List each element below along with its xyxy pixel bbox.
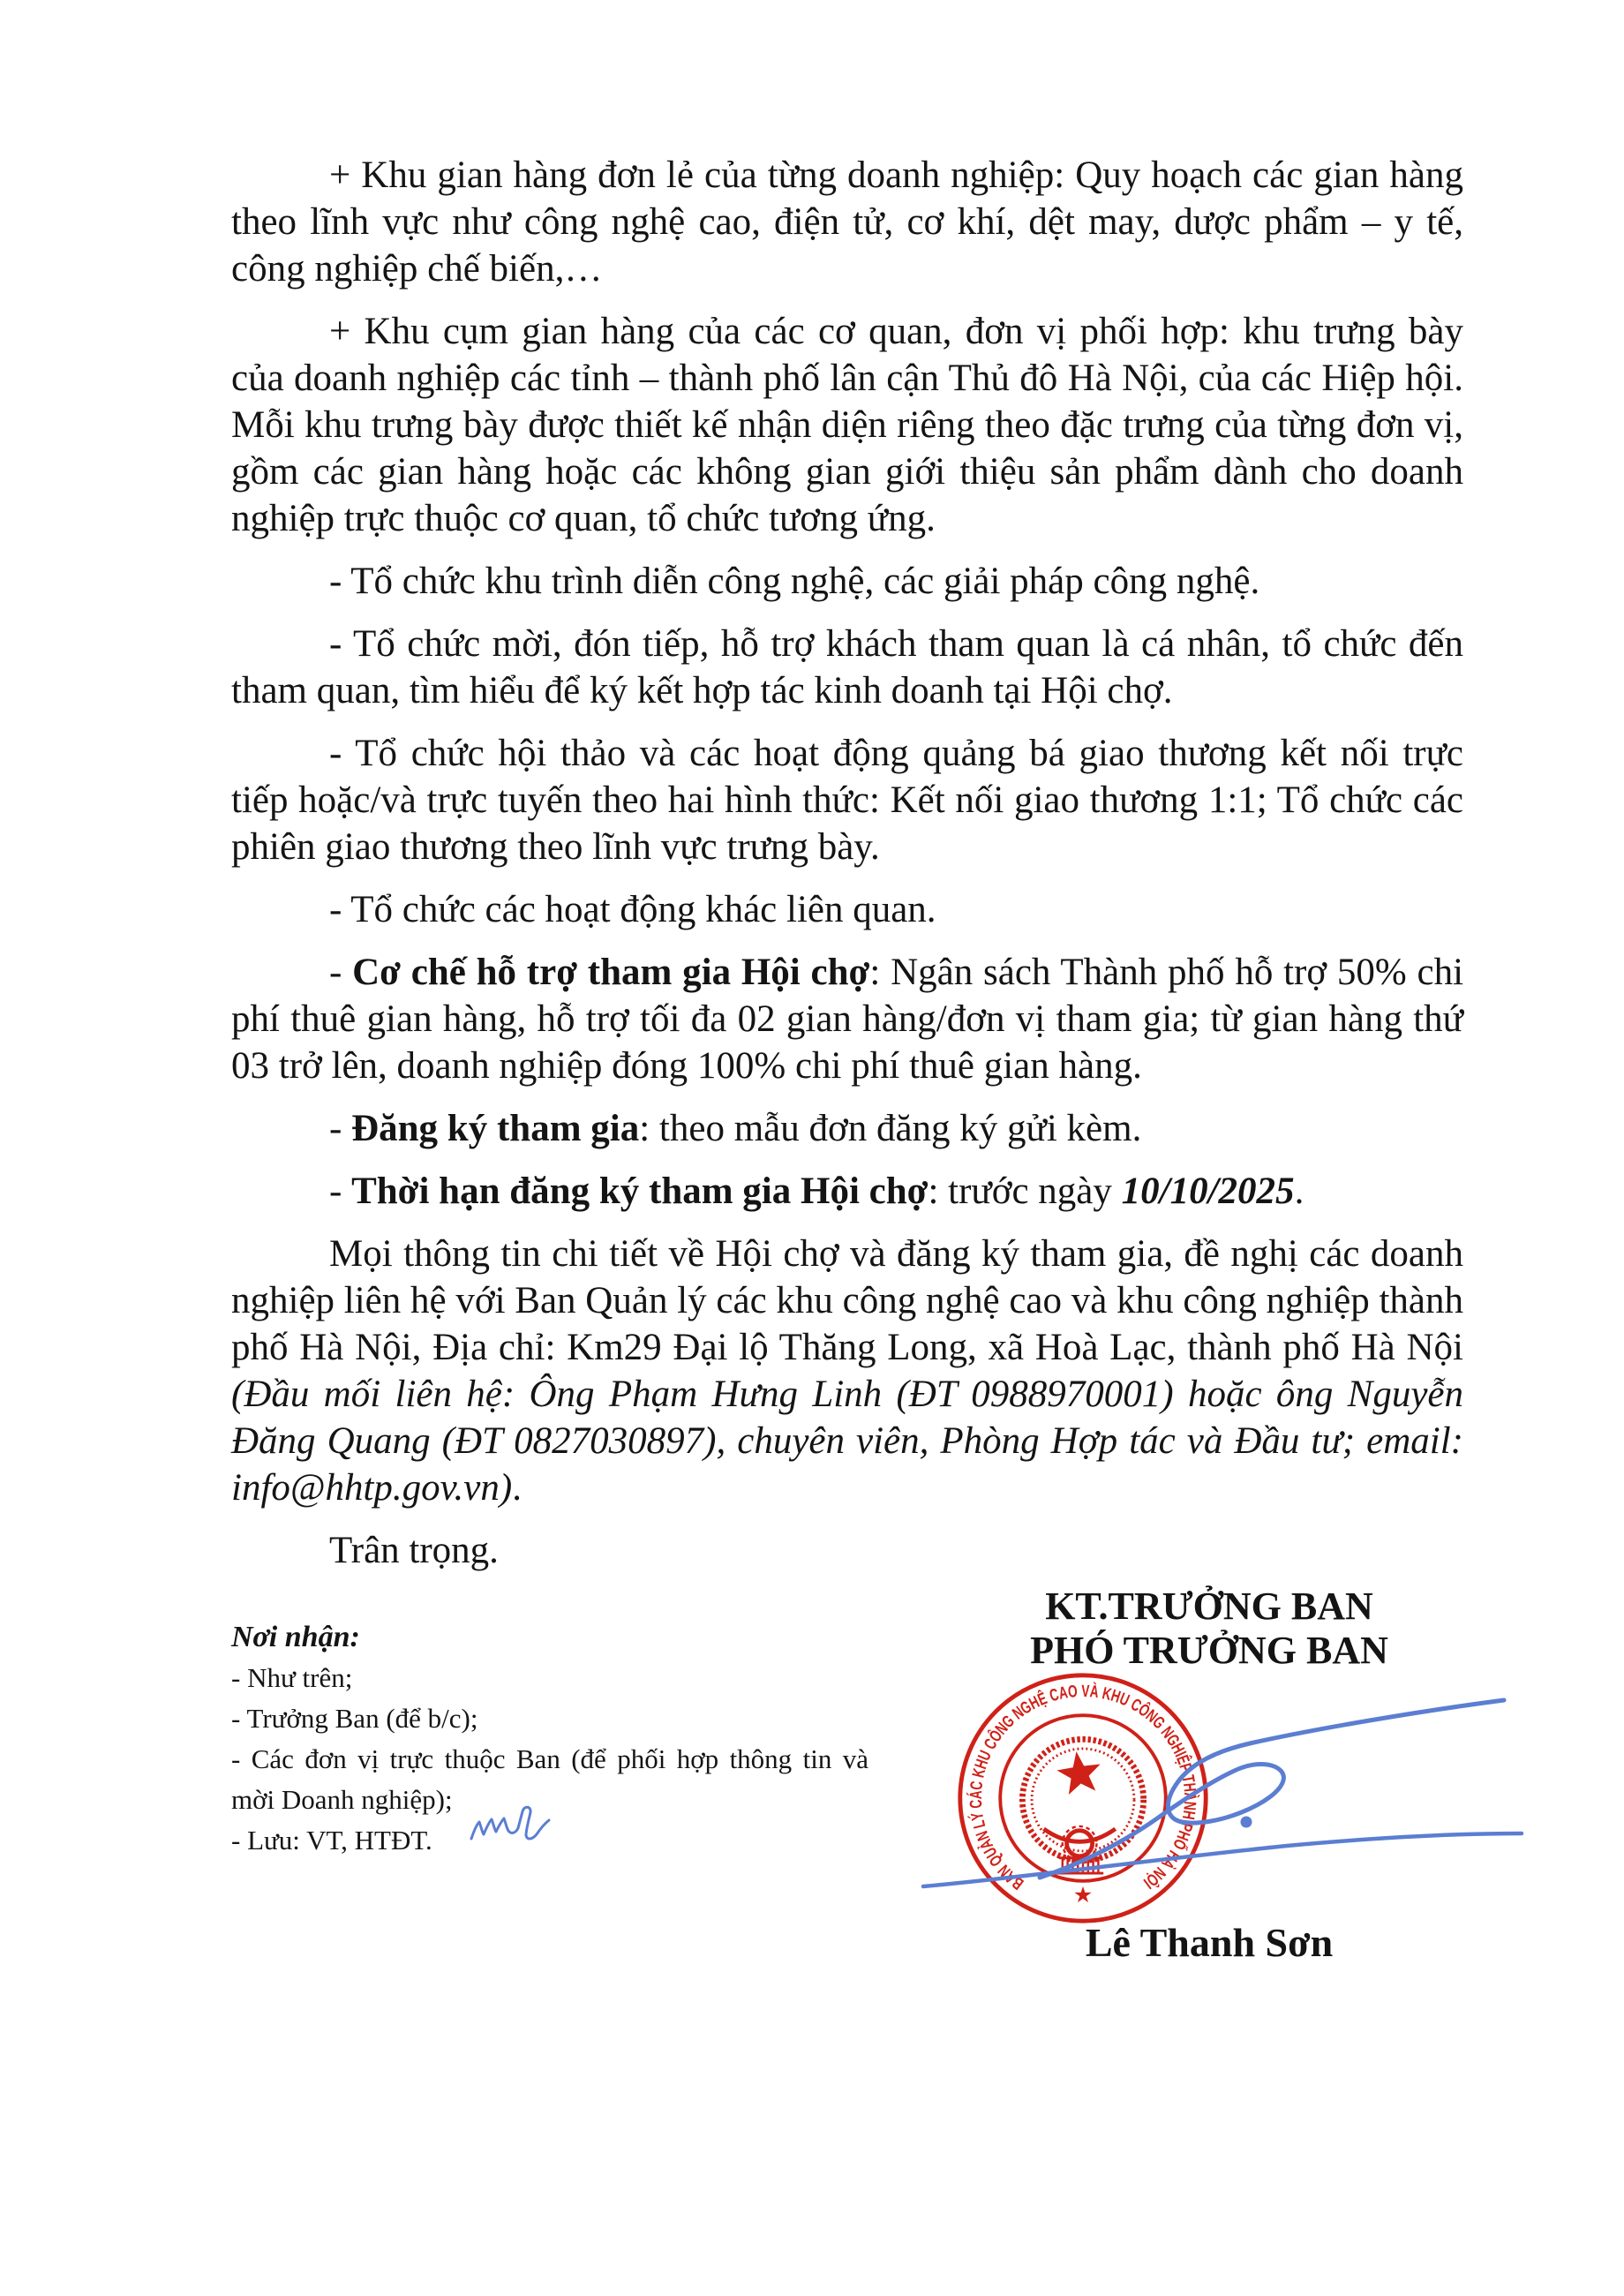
body-paragraph: - Tổ chức các hoạt động khác liên quan. [231, 886, 1463, 933]
closing-paragraph: Trân trọng. [231, 1527, 1463, 1574]
body-paragraph: - Thời hạn đăng ký tham gia Hội chợ: trư… [231, 1168, 1463, 1215]
body-paragraph: + Khu cụm gian hàng của các cơ quan, đơn… [231, 308, 1463, 542]
deadline-date: 10/10/2025 [1122, 1171, 1295, 1212]
paragraph-text: Mọi thông tin chi tiết về Hội chợ và đăn… [231, 1233, 1463, 1368]
recipient-item: - Lưu: VT, HTĐT. [231, 1820, 868, 1861]
body-paragraph: - Tổ chức mời, đón tiếp, hỗ trợ khách th… [231, 621, 1463, 714]
body-paragraph: - Tổ chức khu trình diễn công nghệ, các … [231, 558, 1463, 605]
bold-run: Đăng ký tham gia [351, 1108, 639, 1149]
recipient-item: - Như trên; [231, 1658, 868, 1698]
paragraph-text: - Tổ chức mời, đón tiếp, hỗ trợ khách th… [231, 623, 1463, 711]
body-paragraph: + Khu gian hàng đơn lẻ của từng doanh ng… [231, 152, 1463, 292]
seal-national-emblem [1022, 1739, 1143, 1873]
paragraph-text: + Khu cụm gian hàng của các cơ quan, đơn… [231, 311, 1463, 539]
recipient-item: - Trưởng Ban (để b/c); [231, 1698, 868, 1739]
document-body: + Khu gian hàng đơn lẻ của từng doanh ng… [231, 152, 1463, 1590]
paragraph-text: - [329, 1171, 351, 1212]
paragraph-text: - Tổ chức các hoạt động khác liên quan. [329, 889, 936, 930]
bold-run: Thời hạn đăng ký tham gia Hội chợ [351, 1171, 928, 1212]
paragraph-text: . [1295, 1171, 1304, 1212]
signer-name: Lê Thanh Sơn [975, 1919, 1443, 1966]
body-paragraph: - Đăng ký tham gia: theo mẫu đơn đăng ký… [231, 1105, 1463, 1152]
signature-ink-dot [1241, 1817, 1252, 1828]
signer-position-line2: PHÓ TRƯỞNG BAN [975, 1629, 1443, 1673]
recipients-label: Nơi nhận: [231, 1617, 868, 1658]
emblem-wreath-inner [1032, 1749, 1134, 1851]
contact-info-italic: (Đầu mối liên hệ: Ông Phạm Hưng Linh (ĐT… [231, 1374, 1463, 1509]
recipient-item: - Các đơn vị trực thuộc Ban (để phối hợp… [231, 1739, 868, 1820]
emblem-star-icon [1055, 1749, 1104, 1796]
paragraph-text: - [329, 952, 352, 993]
bold-run: Cơ chế hỗ trợ tham gia Hội chợ [352, 952, 869, 993]
paragraph-text: - Tổ chức khu trình diễn công nghệ, các … [329, 561, 1259, 602]
paragraph-text: + Khu gian hàng đơn lẻ của từng doanh ng… [231, 154, 1463, 290]
seal-bottom-star-icon: ★ [1073, 1882, 1094, 1908]
document-page: + Khu gian hàng đơn lẻ của từng doanh ng… [0, 0, 1624, 2296]
signer-position-line1: KT.TRƯỞNG BAN [975, 1585, 1443, 1629]
paragraph-text: - Tổ chức hội thảo và các hoạt động quản… [231, 733, 1463, 868]
body-paragraph: - Tổ chức hội thảo và các hoạt động quản… [231, 730, 1463, 870]
official-seal: BAN QUẢN LÝ CÁC KHU CÔNG NGHỆ CAO VÀ KHU… [955, 1670, 1211, 1926]
paragraph-text: : theo mẫu đơn đăng ký gửi kèm. [639, 1108, 1141, 1149]
body-paragraph: Mọi thông tin chi tiết về Hội chợ và đăn… [231, 1231, 1463, 1511]
body-paragraph: - Cơ chế hỗ trợ tham gia Hội chợ: Ngân s… [231, 949, 1463, 1089]
signature-title-block: KT.TRƯỞNG BAN PHÓ TRƯỞNG BAN [975, 1585, 1443, 1673]
paragraph-text: : trước ngày [928, 1171, 1121, 1212]
paragraph-text: . [512, 1467, 522, 1509]
recipients-block: Nơi nhận: - Như trên; - Trưởng Ban (để b… [231, 1617, 868, 1861]
closing-text: Trân trọng. [329, 1530, 499, 1571]
paragraph-text: - [329, 1108, 351, 1149]
